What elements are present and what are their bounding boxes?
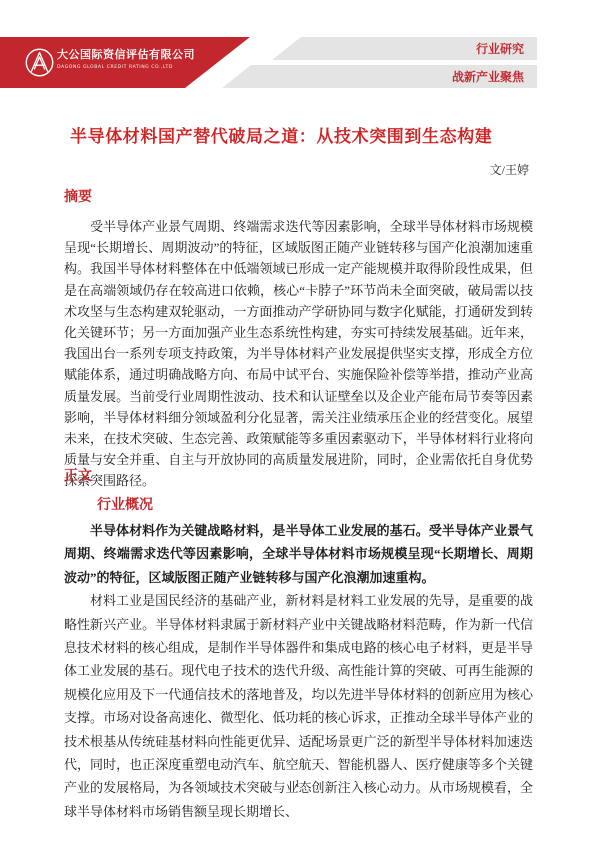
abstract-heading: 摘要 [64, 186, 92, 206]
badge-label: 行业研究 [476, 40, 524, 57]
article-title: 半导体材料国产替代破局之道：从技术突围到生态构建 [70, 126, 540, 148]
body-heading: 正文 [64, 465, 92, 485]
company-name-en: DAGONG GLOBAL CREDIT RATING CO.,LTD [57, 65, 195, 70]
page-number: 1 [0, 779, 595, 790]
category-badge-industry-research: 行业研究 [272, 37, 537, 60]
brand-text: 大公国际资信评估有限公司 DAGONG GLOBAL CREDIT RATING… [57, 46, 195, 70]
body-text: 半导体材料作为关键战略材料，是半导体工业发展的基石。受半导体产业景气周期、终端需… [64, 519, 533, 823]
company-name-zh: 大公国际资信评估有限公司 [57, 46, 195, 62]
abstract-paragraph: 受半导体产业景气周期、终端需求迭代等因素影响，全球半导体材料市场规模呈现“长期增… [64, 216, 533, 492]
section-heading-industry-overview: 行业概况 [97, 494, 153, 514]
dagong-logo-icon [24, 47, 55, 78]
badge-label: 战新产业聚焦 [452, 68, 524, 85]
lead-paragraph: 半导体材料作为关键战略材料，是半导体工业发展的基石。受半导体产业景气周期、终端需… [64, 519, 533, 589]
byline: 文/王婷 [490, 161, 529, 178]
category-badge-emerging-industry-focus: 战新产业聚焦 [222, 65, 537, 88]
brand-banner: 大公国际资信评估有限公司 DAGONG GLOBAL CREDIT RATING… [0, 37, 250, 88]
report-page: 大公国际资信评估有限公司 DAGONG GLOBAL CREDIT RATING… [0, 0, 595, 841]
